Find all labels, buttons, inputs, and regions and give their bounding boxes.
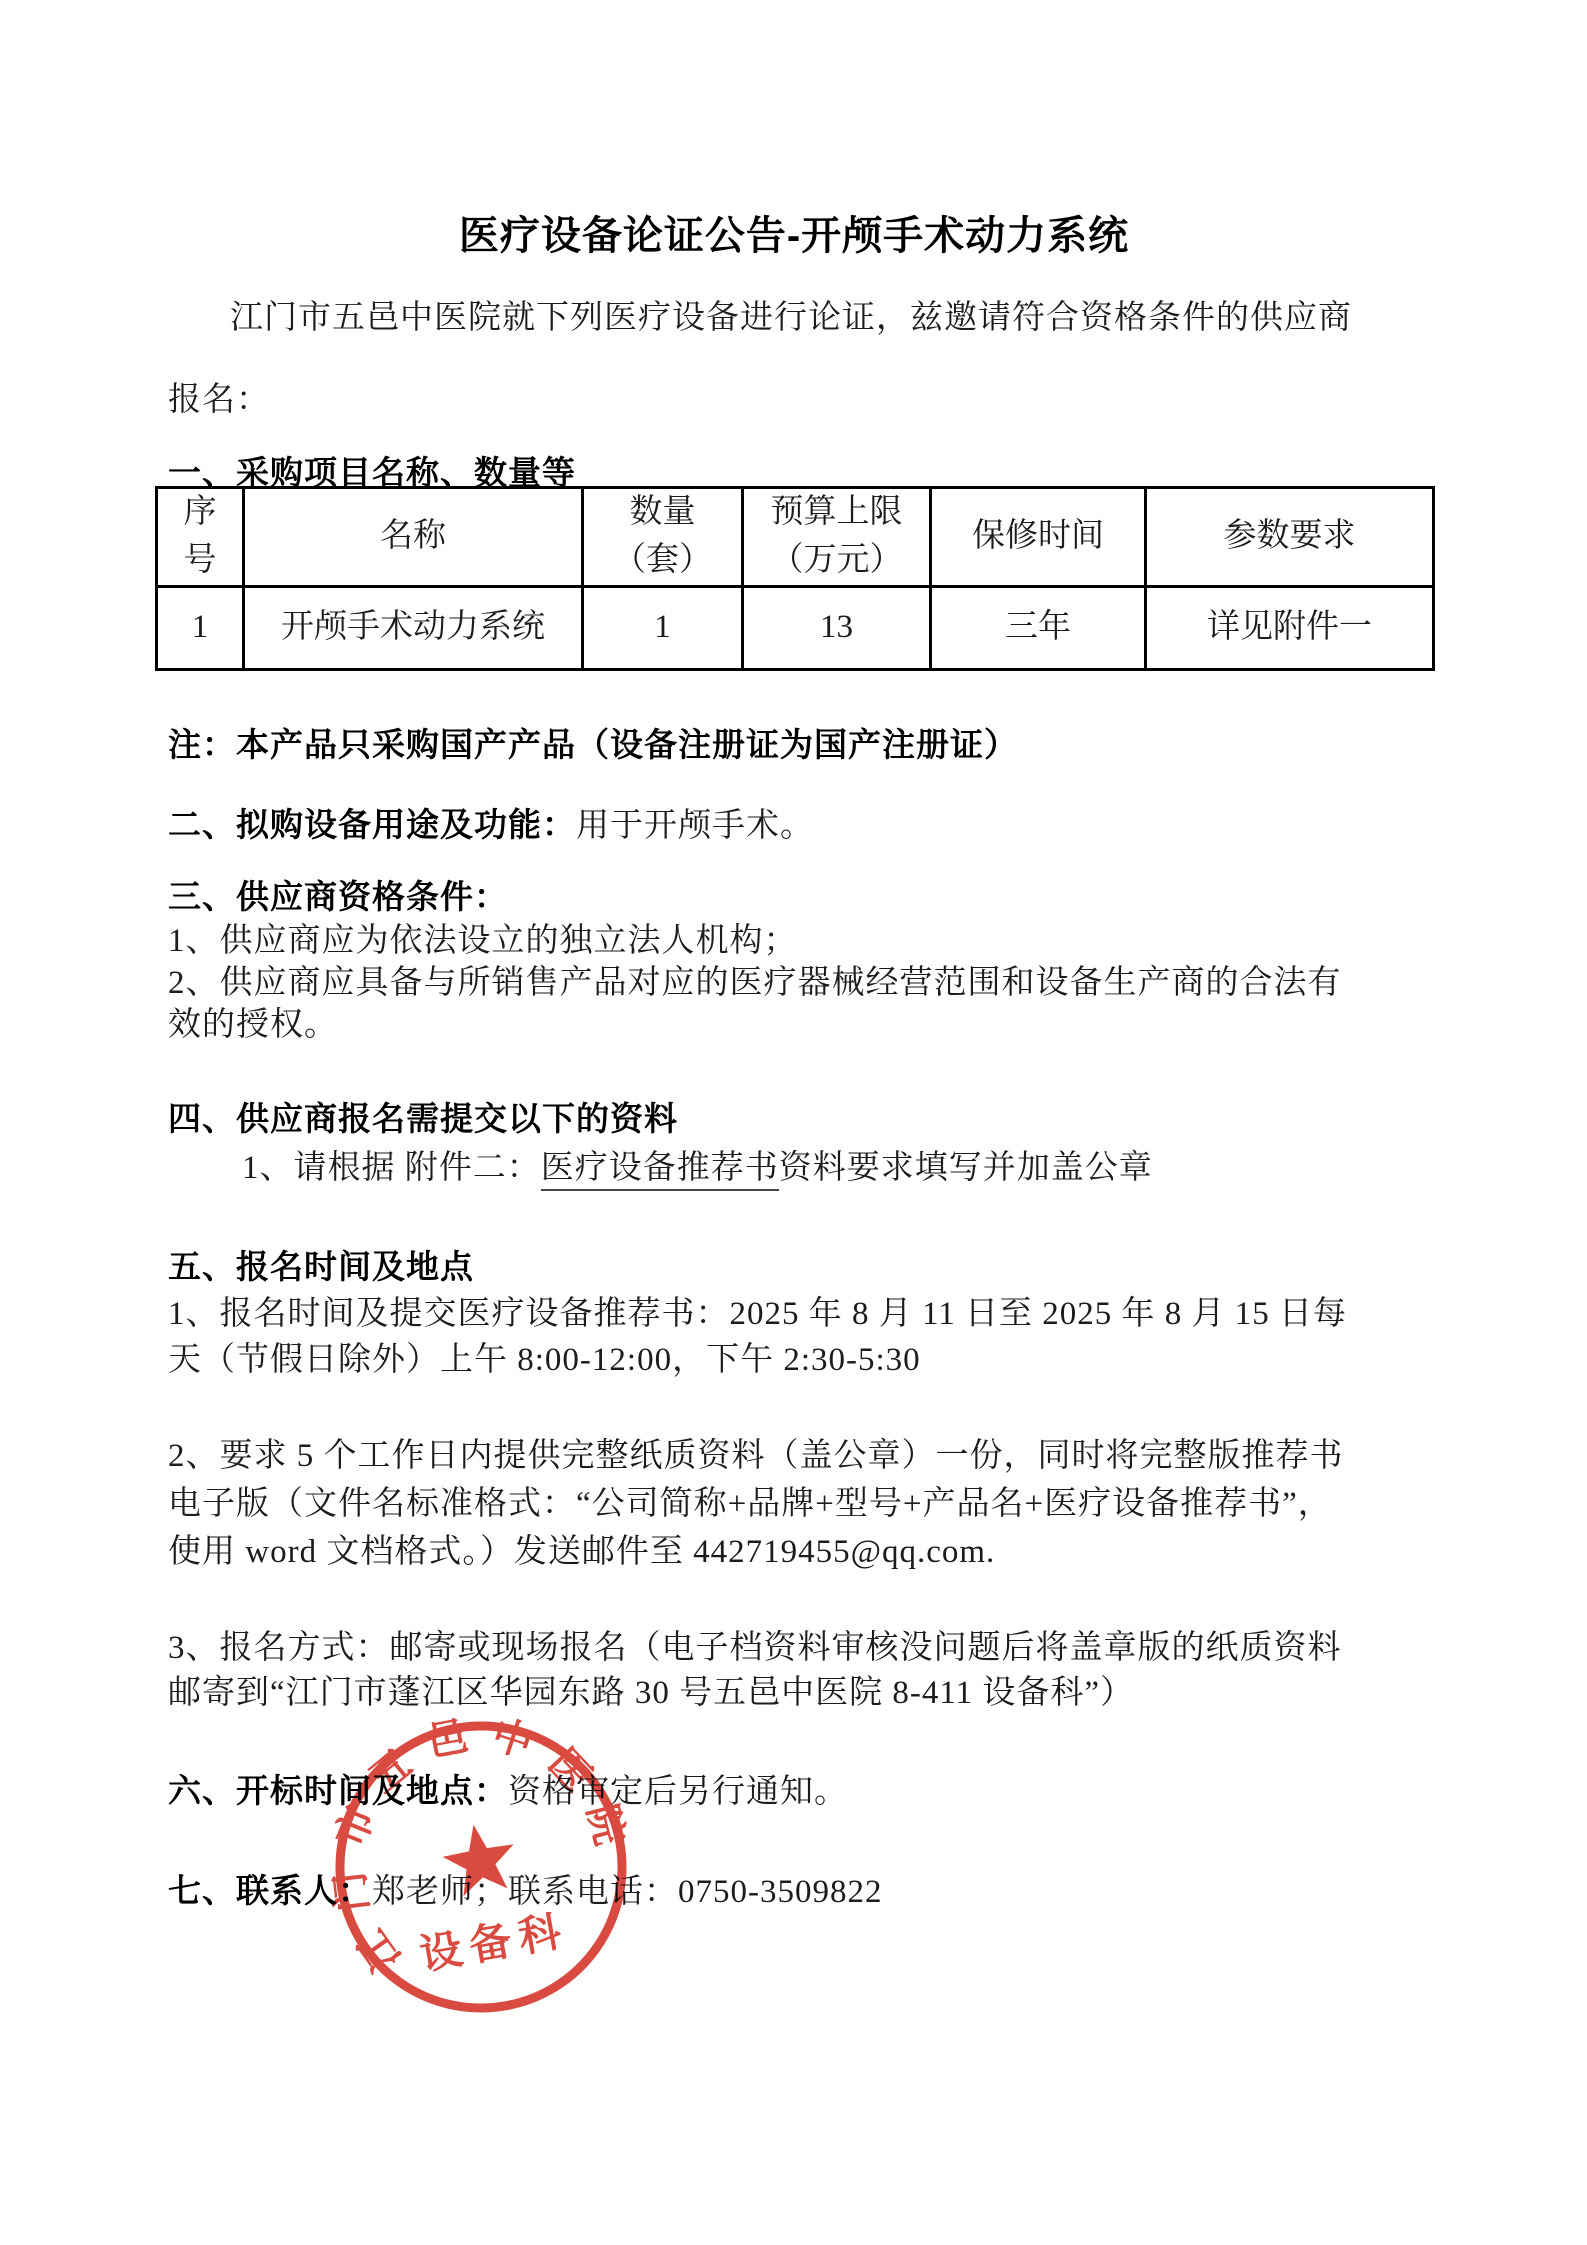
section5-heading: 五、报名时间及地点 (168, 1246, 474, 1290)
col-header-params: 参数要求 (1146, 488, 1434, 587)
cell-seq: 1 (157, 587, 244, 670)
table-note: 注：本产品只采购国产产品（设备注册证为国产注册证） (168, 724, 1018, 768)
col-header-budget: 预算上限 （万元） (743, 488, 931, 587)
section2-heading: 二、拟购设备用途及功能： (168, 808, 576, 844)
table-header-row: 序 号 名称 数量 （套） 预算上限 （万元） 保修时间 参数要求 (157, 488, 1434, 587)
procurement-table: 序 号 名称 数量 （套） 预算上限 （万元） 保修时间 参数要求 1 开颅手术… (155, 486, 1435, 671)
section2-text: 用于开颅手术。 (576, 808, 814, 844)
section5-p1-line2: 天（节假日除外）上午 8:00-12:00，下午 2:30-5:30 (168, 1338, 921, 1382)
section5-p2-line3: 使用 word 文档格式。）发送邮件至 442719455@qq.com. (168, 1530, 995, 1574)
section7-text: 郑老师；联系电话：0750-3509822 (372, 1874, 883, 1910)
attachment-reference: 医疗设备推荐书 (541, 1150, 779, 1191)
section5-p2-line1: 2、要求 5 个工作日内提供完整纸质资料（盖公章）一份，同时将完整版推荐书 (168, 1434, 1344, 1478)
section4-heading: 四、供应商报名需提交以下的资料 (168, 1098, 678, 1142)
cell-budget: 13 (743, 587, 931, 670)
section6-heading: 六、开标时间及地点： (168, 1774, 508, 1810)
seal-dept-text: 设备科 (417, 1907, 573, 1979)
document-page: { "title": "医疗设备论证公告-开颅手术动力系统", "intro":… (0, 0, 1587, 2245)
section3-item-1: 1、供应商应为依法设立的独立法人机构； (168, 919, 798, 963)
announcement-document: 医疗设备论证公告-开颅手术动力系统 江门市五邑中医院就下列医疗设备进行论证，兹邀… (0, 0, 1587, 2245)
table-row: 1 开颅手术动力系统 1 13 三年 详见附件一 (157, 587, 1434, 670)
section5-p2-line2: 电子版（文件名标准格式：“公司简称+品牌+型号+产品名+医疗设备推荐书”， (168, 1482, 1332, 1526)
section2-line: 二、拟购设备用途及功能：用于开颅手术。 (168, 804, 814, 848)
col-header-name: 名称 (244, 488, 583, 587)
cell-params: 详见附件一 (1146, 587, 1434, 670)
seal-arc-text: 江门市五邑中医院 (301, 1688, 650, 1985)
section4-item: 1、请根据 附件二：医疗设备推荐书资料要求填写并加盖公章 (168, 1146, 1153, 1190)
section5-p3-line1: 3、报名方式：邮寄或现场报名（电子档资料审核没问题后将盖章版的纸质资料 (168, 1626, 1342, 1670)
col-header-warranty: 保修时间 (931, 488, 1146, 587)
cell-name: 开颅手术动力系统 (244, 587, 583, 670)
seal-graphic: 江门市五邑中医院 设备科 (290, 1676, 672, 2058)
document-title: 医疗设备论证公告-开颅手术动力系统 (168, 204, 1420, 261)
col-header-qty: 数量 （套） (583, 488, 743, 587)
intro-line-1: 江门市五邑中医院就下列医疗设备进行论证，兹邀请符合资格条件的供应商 (168, 296, 1352, 340)
intro-line-2: 报名： (168, 378, 270, 422)
section7-line: 七、联系人：郑老师；联系电话：0750-3509822 (168, 1870, 883, 1914)
cell-qty: 1 (583, 587, 743, 670)
svg-text:江门市五邑中医院: 江门市五邑中医院 (301, 1688, 650, 1985)
seal-ring (318, 1704, 645, 2031)
section6-text: 资格审定后另行通知。 (508, 1774, 848, 1810)
section4-item-suffix: 资料要求填写并加盖公章 (779, 1150, 1153, 1186)
section6-line: 六、开标时间及地点：资格审定后另行通知。 (168, 1770, 848, 1814)
official-seal: 江门市五邑中医院 设备科 (290, 1676, 672, 2058)
cell-warranty: 三年 (931, 587, 1146, 670)
section3-heading: 三、供应商资格条件： (168, 876, 508, 920)
section7-heading: 七、联系人： (168, 1874, 372, 1910)
section5-p3-line2: 邮寄到“江门市蓬江区华园东路 30 号五邑中医院 8-411 设备科”） (168, 1671, 1134, 1715)
section5-p1-line1: 1、报名时间及提交医疗设备推荐书：2025 年 8 月 11 日至 2025 年… (168, 1292, 1347, 1336)
col-header-seq: 序 号 (157, 488, 244, 587)
section4-item-prefix: 1、请根据 附件二： (242, 1150, 541, 1186)
section3-item-2: 2、供应商应具备与所销售产品对应的医疗器械经营范围和设备生产商的合法有 (168, 961, 1342, 1005)
section3-item-2-cont: 效的授权。 (168, 1003, 338, 1047)
